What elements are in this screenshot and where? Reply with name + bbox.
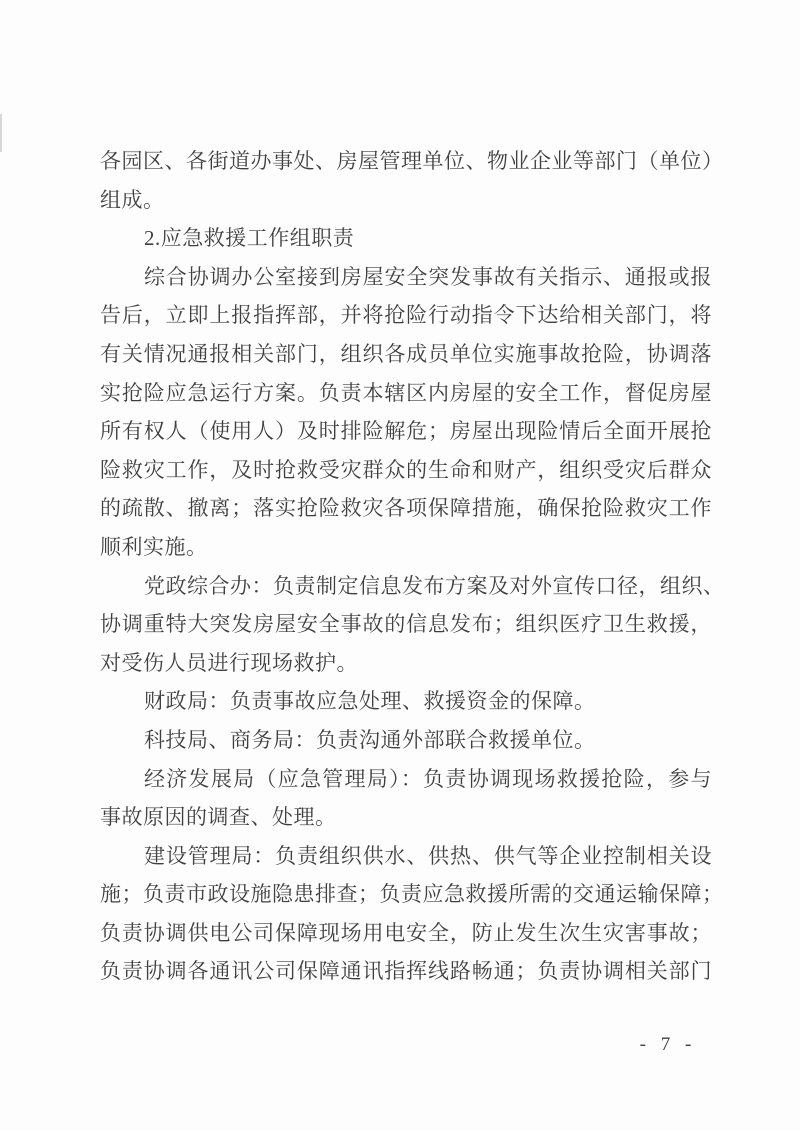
text-line: 实抢险应急运行方案。负责本辖区内房屋的安全工作，督促房屋 <box>100 374 712 413</box>
scan-edge-artifact <box>0 114 2 152</box>
text-line: 2.应急救援工作组职责 <box>100 219 712 258</box>
text-line: 负责协调供电公司保障现场用电安全，防止发生次生灾害事故； <box>100 914 712 953</box>
text-line: 事故原因的调查、处理。 <box>100 798 712 837</box>
text-line: 财政局：负责事故应急处理、救援资金的保障。 <box>100 682 712 721</box>
text-line: 顺利实施。 <box>100 528 712 567</box>
text-line: 综合协调办公室接到房屋安全突发事故有关指示、通报或报 <box>100 258 712 297</box>
text-line: 协调重特大突发房屋安全事故的信息发布；组织医疗卫生救援， <box>100 605 712 644</box>
text-line: 党政综合办：负责制定信息发布方案及对外宣传口径，组织、 <box>100 567 712 606</box>
text-line: 科技局、商务局：负责沟通外部联合救援单位。 <box>100 721 712 760</box>
document-body: 各园区、各街道办事处、房屋管理单位、物业企业等部门（单位）组成。2.应急救援工作… <box>100 142 712 991</box>
text-line: 各园区、各街道办事处、房屋管理单位、物业企业等部门（单位） <box>100 142 712 181</box>
text-line: 对受伤人员进行现场救护。 <box>100 644 712 683</box>
text-line: 的疏散、撤离；落实抢险救灾各项保障措施，确保抢险救灾工作 <box>100 489 712 528</box>
text-line: 险救灾工作，及时抢救受灾群众的生命和财产，组织受灾后群众 <box>100 451 712 490</box>
document-page: 各园区、各街道办事处、房屋管理单位、物业企业等部门（单位）组成。2.应急救援工作… <box>0 0 800 1131</box>
text-line: 负责协调各通讯公司保障通讯指挥线路畅通；负责协调相关部门 <box>100 952 712 991</box>
text-line: 经济发展局（应急管理局）：负责协调现场救援抢险，参与 <box>100 760 712 799</box>
text-line: 所有权人（使用人）及时排险解危；房屋出现险情后全面开展抢 <box>100 412 712 451</box>
text-line: 有关情况通报相关部门，组织各成员单位实施事故抢险，协调落 <box>100 335 712 374</box>
text-line: 告后，立即上报指挥部，并将抢险行动指令下达给相关部门，将 <box>100 296 712 335</box>
text-line: 建设管理局：负责组织供水、供热、供气等企业控制相关设 <box>100 837 712 876</box>
text-line: 施；负责市政设施隐患排查；负责应急救援所需的交通运输保障； <box>100 875 712 914</box>
page-number: - 7 - <box>633 1033 703 1057</box>
text-line: 组成。 <box>100 181 712 220</box>
